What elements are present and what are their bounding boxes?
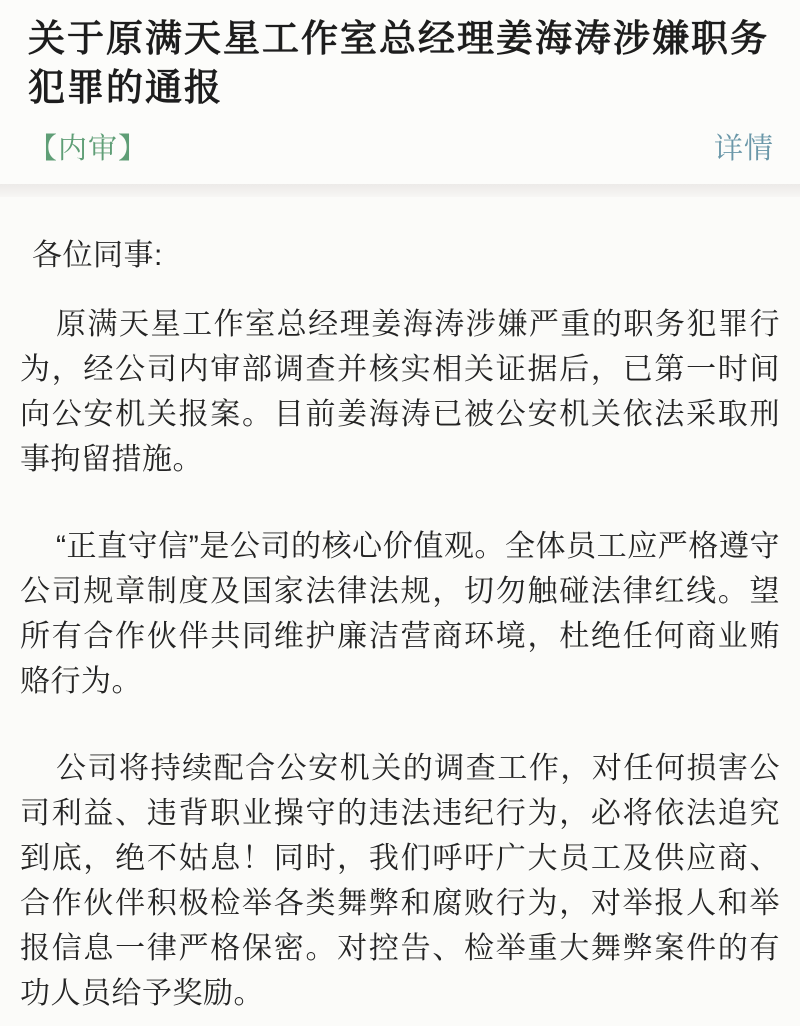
notice-paragraph-2: “正直守信”是公司的核心价值观。全体员工应严格遵守公司规章制度及国家法律法规，切… (20, 524, 780, 704)
section-divider (0, 184, 800, 197)
details-link[interactable]: 详情 (714, 133, 774, 165)
notice-paragraph-1: 原满天星工作室总经理姜海涛涉嫌严重的职务犯罪行为，经公司内审部调查并核实相关证据… (20, 302, 780, 482)
notice-header: 关于原满天星工作室总经理姜海涛涉嫌职务犯罪的通报 【内审】 详情 (0, 0, 800, 184)
page-title: 关于原满天星工作室总经理姜海涛涉嫌职务犯罪的通报 (28, 14, 774, 112)
notice-page: 关于原满天星工作室总经理姜海涛涉嫌职务犯罪的通报 【内审】 详情 各位同事: 原… (0, 0, 800, 1026)
meta-row: 【内审】 详情 (28, 133, 774, 184)
notice-body: 各位同事: 原满天星工作室总经理姜海涛涉嫌严重的职务犯罪行为，经公司内审部调查并… (0, 197, 800, 1026)
notice-paragraph-3: 公司将持续配合公安机关的调查工作，对任何损害公司利益、违背职业操守的违法违纪行为… (20, 746, 780, 1016)
salutation: 各位同事: (32, 233, 780, 278)
internal-audit-tag: 【内审】 (28, 133, 148, 165)
